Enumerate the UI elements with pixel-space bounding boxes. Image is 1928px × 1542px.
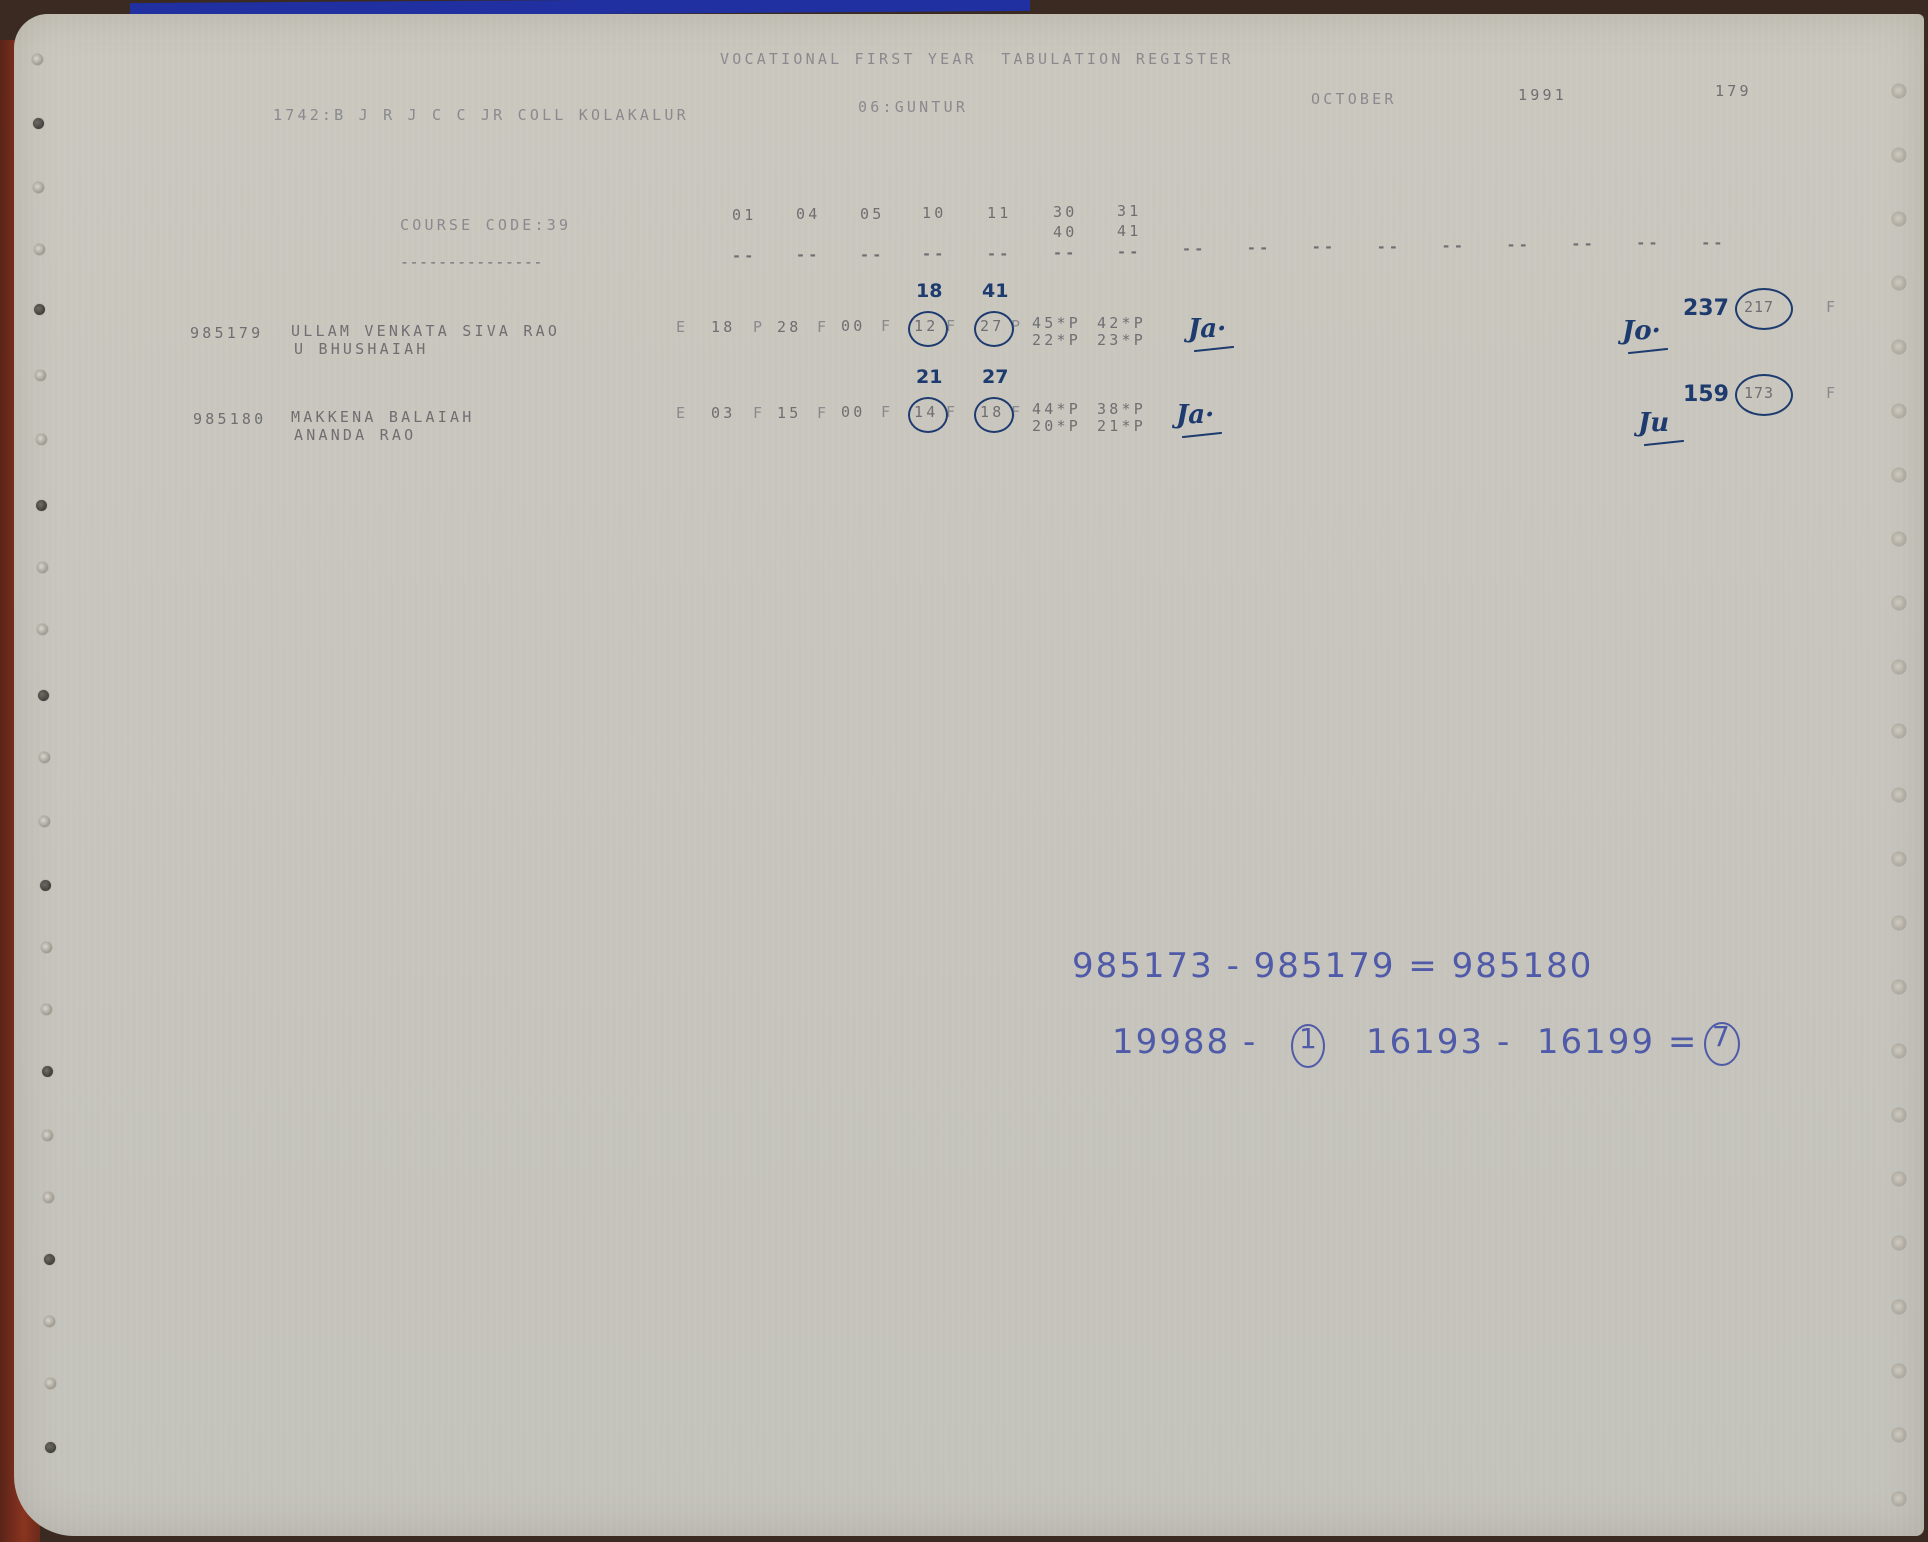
verifier-initials: Jo· xyxy=(1622,316,1661,346)
practical-mark: 21*P xyxy=(1097,417,1146,435)
tractor-hole xyxy=(39,816,50,827)
subject-code-31: 31 xyxy=(1117,202,1141,220)
verifier-initials: Ja· xyxy=(1188,314,1226,344)
subject-result: F xyxy=(817,318,829,336)
tractor-hole xyxy=(1892,1044,1906,1058)
corrected-mark: 27 xyxy=(982,366,1008,388)
column-separator: -- xyxy=(796,246,820,264)
tractor-hole xyxy=(1892,1108,1906,1122)
tractor-hole xyxy=(1892,340,1906,354)
tractor-hole xyxy=(1892,724,1906,738)
parent-name: U BHUSHAIAH xyxy=(294,340,429,358)
circled-mark xyxy=(974,311,1014,347)
practical-mark: 23*P xyxy=(1097,331,1146,349)
subject-result: F xyxy=(881,317,893,335)
exam-month: OCTOBER xyxy=(1311,90,1397,108)
tractor-hole xyxy=(1892,212,1906,226)
tractor-hole xyxy=(36,500,47,511)
subject-mark: 00 xyxy=(841,317,865,335)
column-separator: -- xyxy=(987,245,1011,263)
tractor-hole xyxy=(32,54,43,65)
course-code: COURSE CODE:39 xyxy=(400,216,571,234)
subject-code-04: 04 xyxy=(796,205,820,223)
tractor-hole xyxy=(1892,276,1906,290)
column-separator: -- xyxy=(1377,238,1401,256)
tractor-hole xyxy=(1892,852,1906,866)
tractor-hole xyxy=(38,690,49,701)
total-marks: 217 xyxy=(1744,298,1774,316)
medium: E xyxy=(676,404,688,422)
practical-mark: 42*P xyxy=(1097,314,1146,332)
corrected-mark: 21 xyxy=(916,366,942,388)
tractor-hole xyxy=(37,562,48,573)
handwritten-count-b: 16193 - 16199 = xyxy=(1366,1022,1698,1062)
tractor-hole xyxy=(33,118,44,129)
subject-mark: 03 xyxy=(711,404,735,422)
tractor-hole xyxy=(1892,788,1906,802)
final-result: F xyxy=(1826,298,1838,316)
corrected-mark: 41 xyxy=(982,280,1008,302)
corrected-total: 237 xyxy=(1683,296,1729,321)
tractor-hole xyxy=(41,1004,52,1015)
tractor-hole xyxy=(44,1316,55,1327)
circled-count-b: 7 xyxy=(1704,1022,1740,1066)
student-name: ULLAM VENKATA SIVA RAO xyxy=(291,322,560,340)
tractor-hole xyxy=(44,1254,55,1265)
corrected-mark: 18 xyxy=(916,280,942,302)
college-name: 1742:B J R J C C JR COLL KOLAKALUR xyxy=(273,106,689,124)
corrected-total: 159 xyxy=(1683,382,1729,407)
subject-code-05: 05 xyxy=(860,205,884,223)
district: 06:GUNTUR xyxy=(858,98,968,116)
tractor-hole xyxy=(1892,148,1906,162)
column-separator: -- xyxy=(1571,235,1595,253)
roll-number: 985180 xyxy=(193,410,266,428)
column-separator: -- xyxy=(1247,239,1271,257)
column-separator: -- xyxy=(1312,238,1336,256)
tractor-hole xyxy=(39,752,50,763)
tractor-hole xyxy=(1892,1364,1906,1378)
column-separator: -- xyxy=(1117,243,1141,261)
tractor-hole xyxy=(1892,468,1906,482)
tractor-hole xyxy=(34,244,45,255)
circled-count-b-value: 7 xyxy=(1712,1020,1732,1053)
subject-mark: 28 xyxy=(777,318,801,336)
column-separator: -- xyxy=(1636,234,1660,252)
subject-result: P xyxy=(753,318,765,336)
final-result: F xyxy=(1826,384,1838,402)
page-number: 179 xyxy=(1715,82,1752,100)
tractor-hole xyxy=(43,1192,54,1203)
tractor-hole xyxy=(45,1442,56,1453)
subject-code-10: 10 xyxy=(922,204,946,222)
parent-name: ANANDA RAO xyxy=(294,426,416,444)
circled-mark xyxy=(974,397,1014,433)
column-separator: -- xyxy=(1053,244,1077,262)
column-separator: -- xyxy=(860,246,884,264)
subject-result: F xyxy=(753,404,765,422)
roll-number: 985179 xyxy=(190,324,263,342)
tractor-hole xyxy=(41,942,52,953)
tractor-hole xyxy=(1892,660,1906,674)
tractor-hole xyxy=(34,304,45,315)
subject-mark: 15 xyxy=(777,404,801,422)
tractor-hole xyxy=(42,1130,53,1141)
tractor-hole xyxy=(1892,1236,1906,1250)
student-name: MAKKENA BALAIAH xyxy=(291,408,474,426)
tractor-hole xyxy=(45,1378,56,1389)
total-marks: 173 xyxy=(1744,384,1774,402)
tractor-hole xyxy=(42,1066,53,1077)
tractor-hole xyxy=(35,370,46,381)
handwritten-roll-range: 985173 - 985179 = 985180 xyxy=(1072,946,1593,986)
subject-code-40: 40 xyxy=(1053,223,1077,241)
subject-code-41: 41 xyxy=(1117,222,1141,240)
tractor-hole xyxy=(37,624,48,635)
subject-code-30: 30 xyxy=(1053,203,1077,221)
tractor-hole xyxy=(1892,1172,1906,1186)
column-separator: -- xyxy=(1182,240,1206,258)
exam-year: 1991 xyxy=(1518,86,1567,104)
practical-mark: 44*P xyxy=(1032,400,1081,418)
course-underline: --------------- xyxy=(400,253,543,271)
tractor-hole xyxy=(1892,596,1906,610)
subject-code-01: 01 xyxy=(732,206,756,224)
column-separator: -- xyxy=(1507,236,1531,254)
subject-mark: 18 xyxy=(711,318,735,336)
column-separator: -- xyxy=(1701,234,1725,252)
subject-mark: 00 xyxy=(841,403,865,421)
subject-result: F xyxy=(817,404,829,422)
circled-count-a: 1 xyxy=(1291,1024,1325,1068)
practical-mark: 45*P xyxy=(1032,314,1081,332)
verifier-initials: Ju xyxy=(1638,408,1669,438)
column-separator: -- xyxy=(922,245,946,263)
tractor-hole xyxy=(36,434,47,445)
practical-mark: 20*P xyxy=(1032,417,1081,435)
practical-mark: 38*P xyxy=(1097,400,1146,418)
circled-mark xyxy=(908,397,948,433)
tractor-hole xyxy=(1892,532,1906,546)
subject-code-11: 11 xyxy=(987,204,1011,222)
column-separator: -- xyxy=(732,247,756,265)
verifier-initials: Ja· xyxy=(1176,400,1214,430)
tractor-hole xyxy=(1892,1492,1906,1506)
tractor-hole xyxy=(1892,1428,1906,1442)
handwritten-count-a: 19988 - xyxy=(1112,1022,1257,1062)
tractor-hole xyxy=(33,182,44,193)
practical-mark: 22*P xyxy=(1032,331,1081,349)
tractor-hole xyxy=(1892,1300,1906,1314)
tractor-hole xyxy=(1892,916,1906,930)
tractor-hole xyxy=(1892,404,1906,418)
column-separator: -- xyxy=(1442,237,1466,255)
circled-count-a-value: 1 xyxy=(1299,1022,1319,1055)
tractor-hole xyxy=(1892,84,1906,98)
register-title: VOCATIONAL FIRST YEAR TABULATION REGISTE… xyxy=(720,50,1234,68)
subject-result: F xyxy=(881,403,893,421)
tractor-hole xyxy=(40,880,51,891)
circled-mark xyxy=(908,311,948,347)
tractor-hole xyxy=(1892,980,1906,994)
medium: E xyxy=(676,318,688,336)
